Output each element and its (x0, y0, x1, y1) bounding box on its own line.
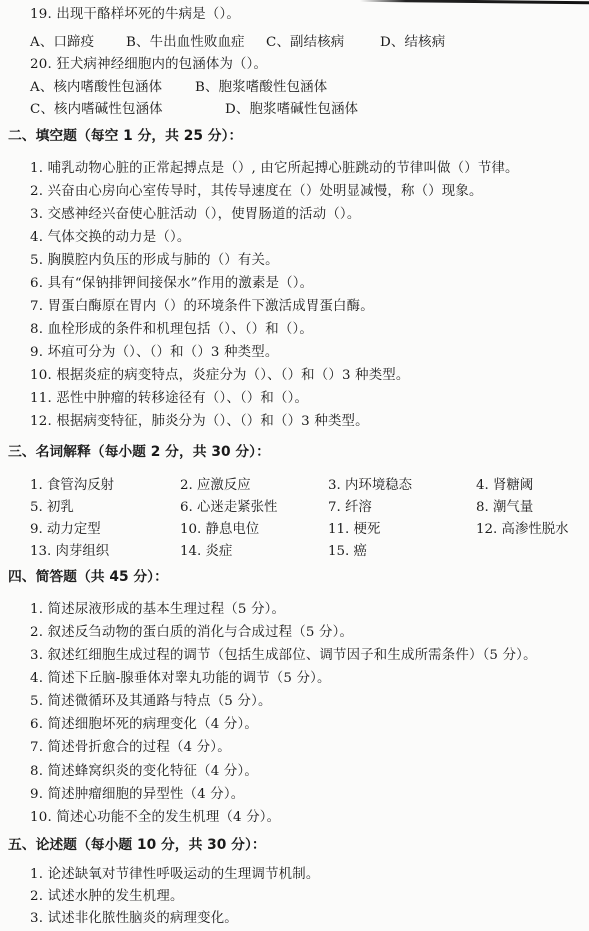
fill-item-7: 7. 胃蛋白酶原在胃内（）的环境条件下激活成胃蛋白酶。 (30, 298, 374, 316)
question-20-stem: 20. 狂犬病神经细胞内的包涵体为（）。 (30, 56, 267, 74)
section-2-heading: 二、填空题（每空 1 分，共 25 分）： (8, 127, 242, 145)
question-20-options-row2: C、核内嗜碱性包涵体D、胞浆嗜碱性包涵体 (30, 101, 358, 119)
term-2: 2. 应激反应 (180, 477, 328, 495)
scan-edge-line (360, 0, 589, 4)
option-b: B、牛出血性败血症 (126, 34, 266, 52)
term-11: 11. 梗死 (328, 521, 476, 539)
term-9: 9. 动力定型 (30, 521, 180, 539)
fill-item-8: 8. 血栓形成的条件和机理包括（）、（）和（）。 (30, 321, 313, 339)
fill-item-4: 4. 气体交换的动力是（）。 (30, 229, 190, 247)
essay-2: 2. 试述水肿的发生机理。 (30, 888, 184, 906)
short-answer-1: 1. 简述尿液形成的基本生理过程（5 分）。 (30, 601, 285, 619)
short-answer-2: 2. 叙述反刍动物的蛋白质的消化与合成过程（5 分）。 (30, 624, 353, 642)
term-15: 15. 癌 (328, 543, 476, 561)
term-13: 13. 肉芽组织 (30, 543, 180, 561)
option-d: D、胞浆嗜碱性包涵体 (225, 101, 358, 119)
question-20-options-row1: A、核内嗜酸性包涵体B、胞浆嗜酸性包涵体 (30, 79, 327, 97)
short-answer-3: 3. 叙述红细胞生成过程的调节（包括生成部位、调节因子和生成所需条件）（5 分）… (30, 647, 537, 665)
short-answer-7: 7. 简述骨折愈合的过程（4 分）。 (30, 739, 231, 757)
term-5: 5. 初乳 (30, 499, 180, 517)
term-grid: 1. 食管沟反射 2. 应激反应 3. 内环境稳态 4. 肾糖阈 5. 初乳 6… (30, 477, 589, 561)
section-3-heading: 三、名词解释（每小题 2 分，共 30 分）： (8, 443, 270, 461)
term-12: 12. 高渗性脱水 (476, 521, 589, 539)
short-answer-6: 6. 简述细胞坏死的病理变化（4 分）。 (30, 716, 258, 734)
option-d: D、结核病 (380, 34, 445, 52)
fill-item-1: 1. 哺乳动物心脏的正常起搏点是（）, 由它所起搏心脏跳动的节律叫做（）节律。 (30, 160, 519, 178)
option-c: C、核内嗜碱性包涵体 (30, 101, 225, 119)
section-4-heading: 四、简答题（共 45 分）： (8, 568, 168, 586)
term-8: 8. 潮气量 (476, 499, 589, 517)
section-5-heading: 五、论述题（每小题 10 分，共 30 分）： (8, 836, 266, 854)
term-6: 6. 心迷走紧张性 (180, 499, 328, 517)
option-a: A、核内嗜酸性包涵体 (30, 79, 195, 97)
short-answer-9: 9. 简述肿瘤细胞的异型性（4 分）。 (30, 786, 244, 804)
fill-item-6: 6. 具有“保钠排钾间接保水”作用的激素是（）。 (30, 275, 313, 293)
option-c: C、副结核病 (266, 34, 380, 52)
fill-item-2: 2. 兴奋由心房向心室传导时，其传导速度在（）处明显减慢，称（）现象。 (30, 183, 483, 201)
option-a: A、口蹄疫 (30, 34, 126, 52)
fill-item-9: 9. 坏疽可分为（）、（）和（）3 种类型。 (30, 344, 278, 362)
fill-item-11: 11. 恶性中肿瘤的转移途径有（）、（）和（）。 (30, 390, 308, 408)
question-19-options: A、口蹄疫B、牛出血性败血症C、副结核病D、结核病 (30, 34, 445, 52)
short-answer-10: 10. 简述心功能不全的发生机理（4 分）。 (30, 809, 280, 827)
fill-item-3: 3. 交感神经兴奋使心脏活动（），使胃肠道的活动（）。 (30, 206, 360, 224)
fill-item-10: 10. 根据炎症的病变特点，炎症分为（）、（）和（）3 种类型。 (30, 367, 409, 385)
short-answer-5: 5. 简述微循环及其通路与特点（5 分）。 (30, 693, 272, 711)
term-4: 4. 肾糖阈 (476, 477, 589, 495)
term-3: 3. 内环境稳态 (328, 477, 476, 495)
option-b: B、胞浆嗜酸性包涵体 (195, 79, 327, 97)
essay-3: 3. 试述非化脓性脑炎的病理变化。 (30, 910, 238, 928)
essay-1: 1. 论述缺氧对节律性呼吸运动的生理调节机制。 (30, 866, 319, 884)
short-answer-8: 8. 简述蜂窝织炎的变化特征（4 分）。 (30, 763, 258, 781)
term-14: 14. 炎症 (180, 543, 328, 561)
fill-item-5: 5. 胸膜腔内负压的形成与肺的（）有关。 (30, 252, 279, 270)
term-7: 7. 纤溶 (328, 499, 476, 517)
question-19-stem: 19. 出现干酪样坏死的牛病是（）。 (30, 6, 240, 24)
fill-item-12: 12. 根据病变特征，肺炎分为（）、（）和（）3 种类型。 (30, 413, 369, 431)
term-10: 10. 静息电位 (180, 521, 328, 539)
short-answer-4: 4. 简述下丘脑-腺垂体对睾丸功能的调节（5 分）。 (30, 670, 331, 688)
term-1: 1. 食管沟反射 (30, 477, 180, 495)
